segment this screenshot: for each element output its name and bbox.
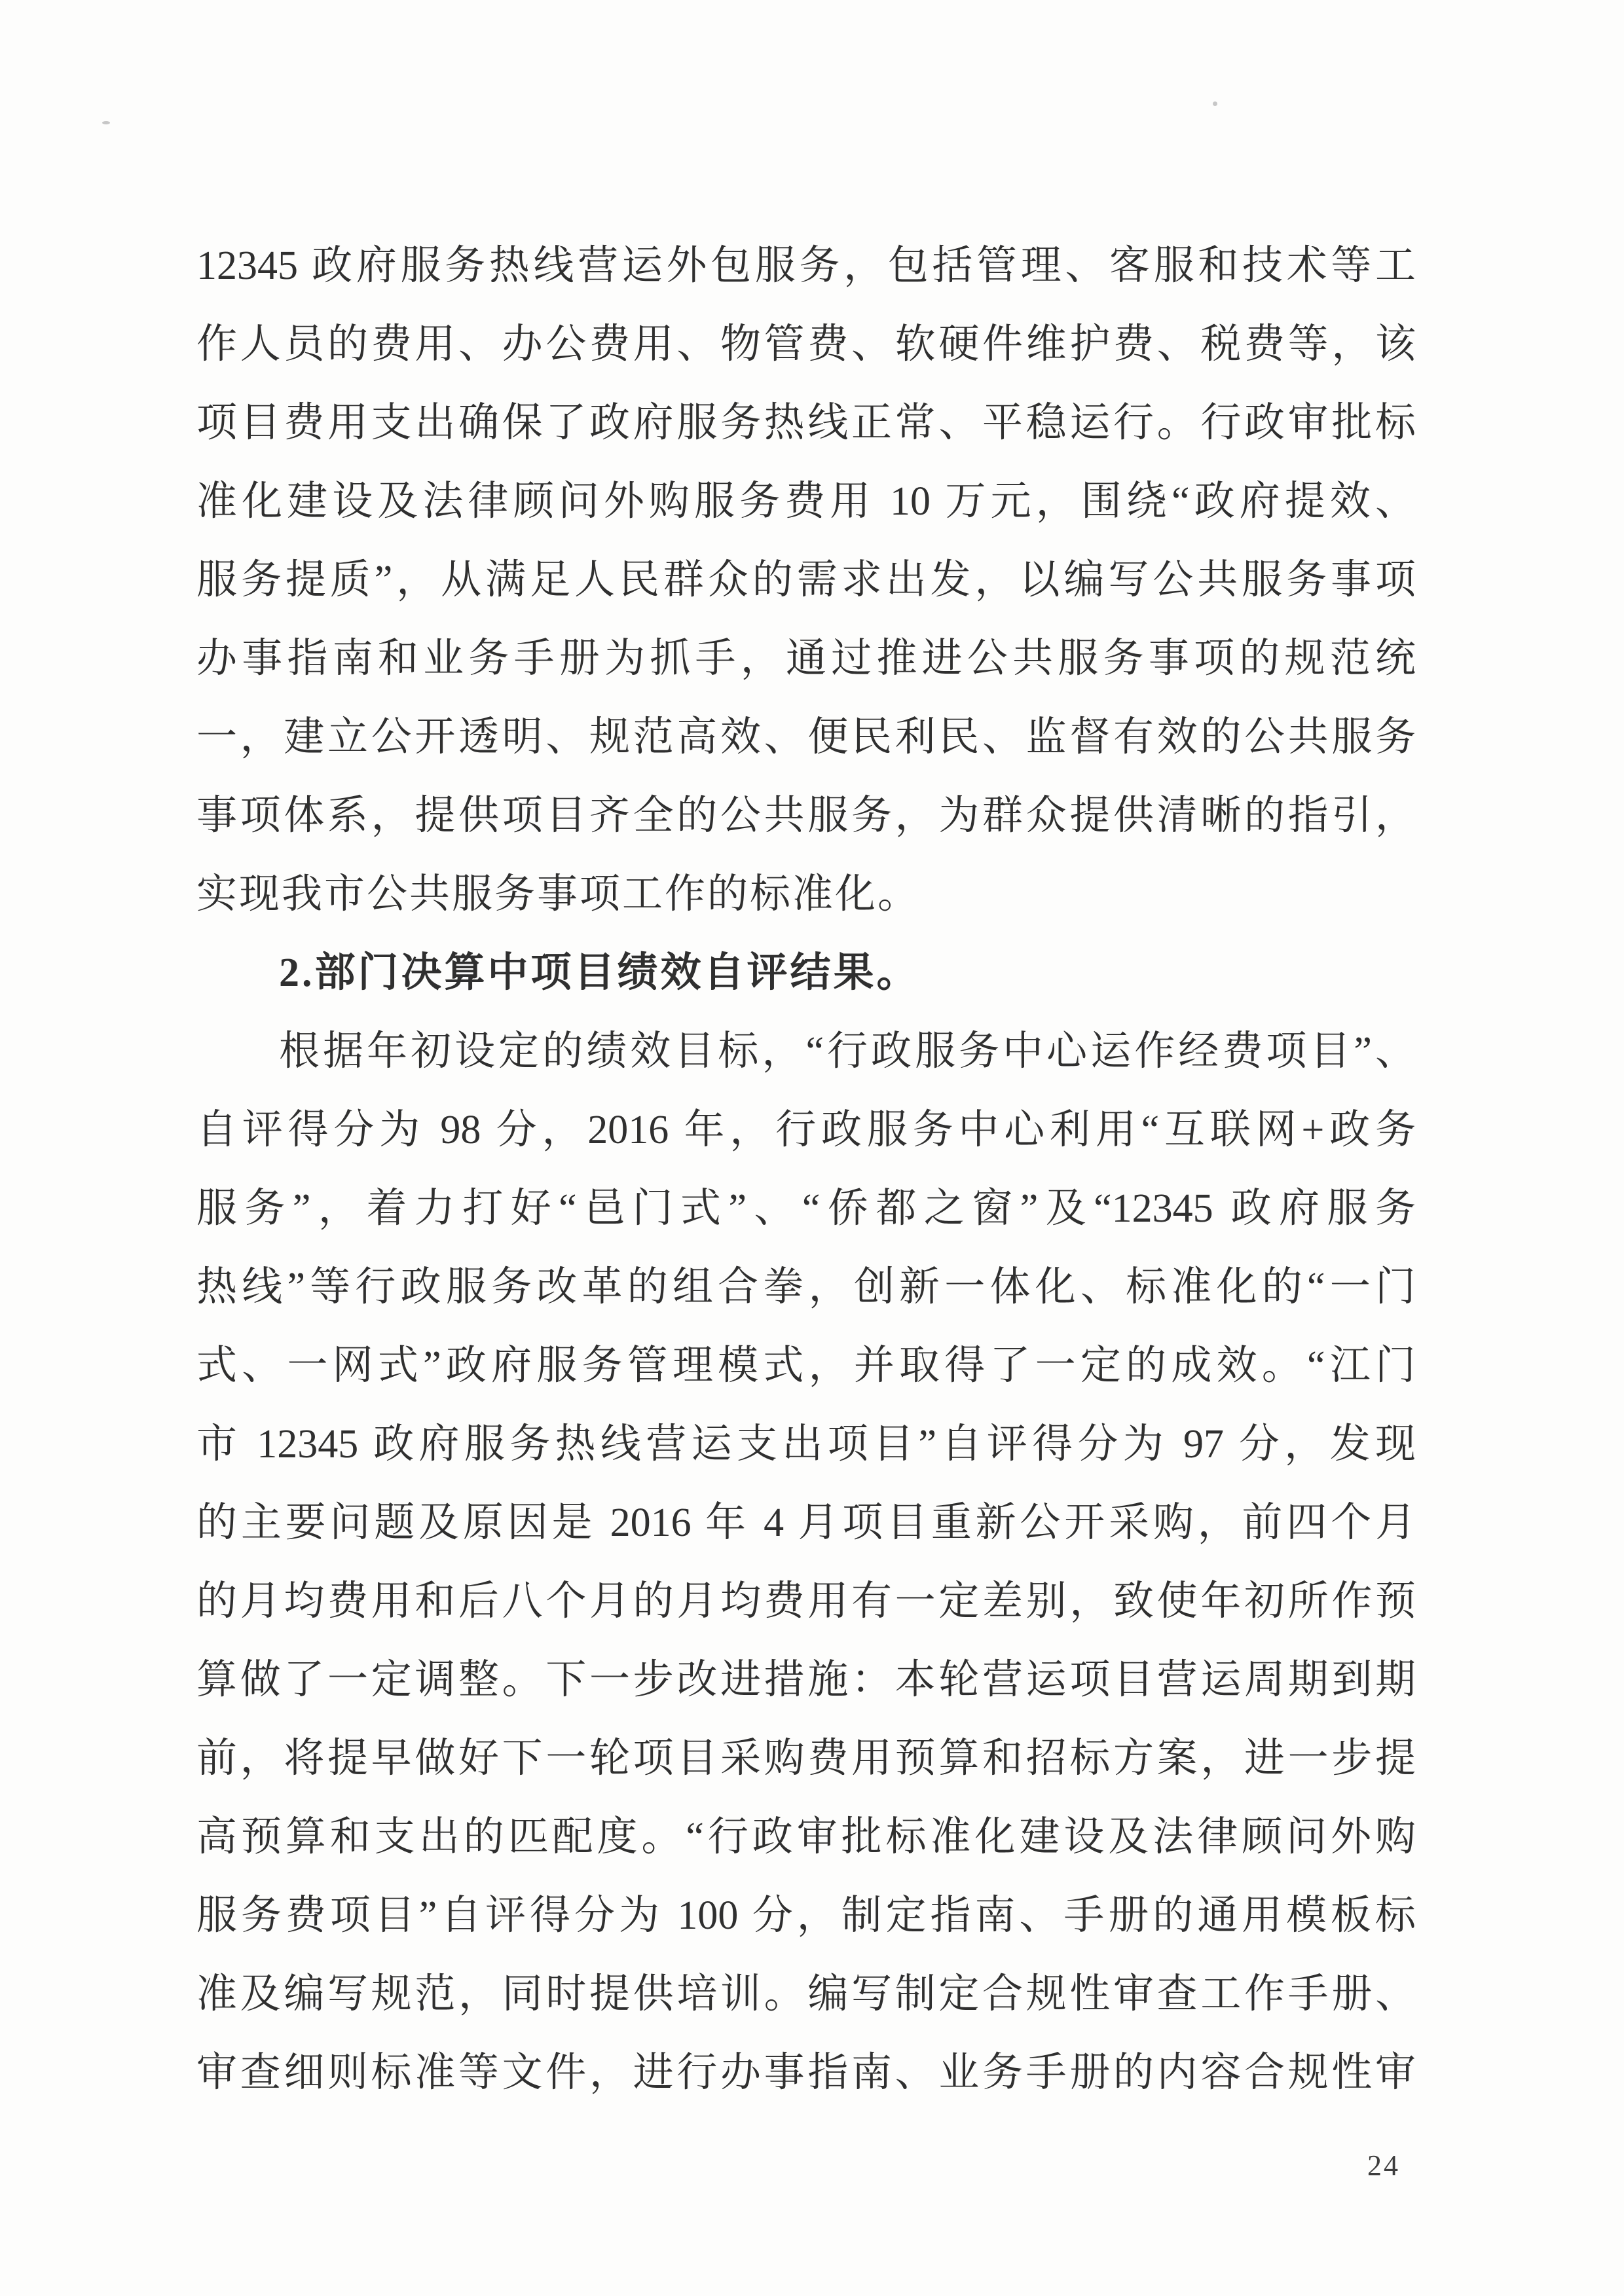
- text-line-24: 审查细则标准等文件，进行办事指南、业务手册的内容合规性审: [196, 2033, 1416, 2112]
- body-text-block: 12345 政府服务热线营运外包服务，包括管理、客服和技术等工 作人员的费用、办…: [196, 227, 1416, 2112]
- text-line-09: 实现我市公共服务事项工作的标准化。: [196, 855, 1416, 934]
- scan-speck: [102, 121, 110, 124]
- text-line-21: 高预算和支出的匹配度。“行政审批标准化建设及法律顾问外购: [196, 1798, 1416, 1876]
- text-line-19: 算做了一定调整。下一步改进措施：本轮营运项目营运周期到期: [196, 1641, 1416, 1719]
- text-line-17: 的主要问题及原因是 2016 年 4 月项目重新公开采购，前四个月: [196, 1484, 1416, 1562]
- text-line-02: 作人员的费用、办公费用、物管费、软硬件维护费、税费等，该: [196, 305, 1416, 384]
- text-line-03: 项目费用支出确保了政府服务热线正常、平稳运行。行政审批标: [196, 384, 1416, 462]
- text-line-04: 准化建设及法律顾问外购服务费用 10 万元，围绕“政府提效、: [196, 462, 1416, 541]
- text-line-12: 自评得分为 98 分，2016 年，行政服务中心利用“互联网+政务: [196, 1091, 1416, 1169]
- section-heading: 2.部门决算中项目绩效自评结果。: [196, 934, 1416, 1012]
- text-line-08: 事项体系，提供项目齐全的公共服务，为群众提供清晰的指引，: [196, 776, 1416, 855]
- text-line-15: 式、一网式”政府服务管理模式，并取得了一定的成效。“江门: [196, 1326, 1416, 1405]
- text-line-14: 热线”等行政服务改革的组合拳，创新一体化、标准化的“一门: [196, 1248, 1416, 1326]
- document-page: 12345 政府服务热线营运外包服务，包括管理、客服和技术等工 作人员的费用、办…: [0, 0, 1624, 2296]
- text-line-20: 前，将提早做好下一轮项目采购费用预算和招标方案，进一步提: [196, 1719, 1416, 1798]
- text-line-06: 办事指南和业务手册为抓手，通过推进公共服务事项的规范统: [196, 619, 1416, 698]
- text-line-18: 的月均费用和后八个月的月均费用有一定差别，致使年初所作预: [196, 1562, 1416, 1641]
- text-line-01: 12345 政府服务热线营运外包服务，包括管理、客服和技术等工: [196, 227, 1416, 305]
- text-line-07: 一，建立公开透明、规范高效、便民利民、监督有效的公共服务: [196, 698, 1416, 776]
- page-number: 24: [1367, 2149, 1400, 2183]
- text-line-22: 服务费项目”自评得分为 100 分，制定指南、手册的通用模板标: [196, 1876, 1416, 1955]
- text-line-23: 准及编写规范，同时提供培训。编写制定合规性审查工作手册、: [196, 1955, 1416, 2033]
- text-line-05: 服务提质”，从满足人民群众的需求出发，以编写公共服务事项: [196, 541, 1416, 619]
- text-line-16: 市 12345 政府服务热线营运支出项目”自评得分为 97 分，发现: [196, 1405, 1416, 1484]
- scan-speck: [1213, 101, 1217, 106]
- text-line-13: 服务”，着力打好“邑门式”、“侨都之窗”及“12345 政府服务: [196, 1169, 1416, 1248]
- text-line-11: 根据年初设定的绩效目标，“行政服务中心运作经费项目”、: [196, 1012, 1416, 1091]
